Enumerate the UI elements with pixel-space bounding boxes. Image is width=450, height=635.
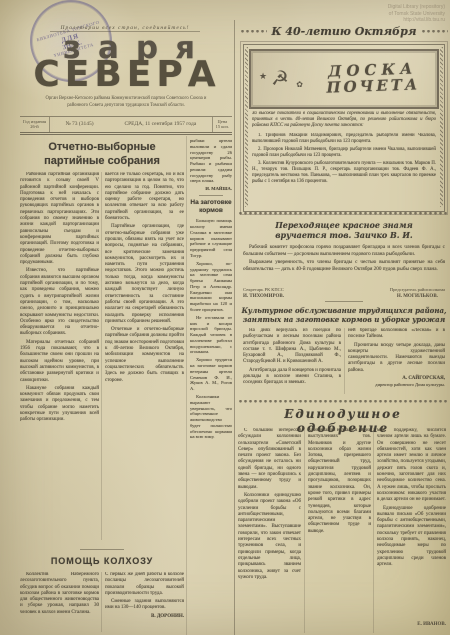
banner-headline-line1: Переходящее красное знамя (240, 220, 448, 230)
section-rule (199, 195, 223, 196)
column-rule (344, 328, 345, 394)
lead-paragraph: вается не только секретарь, но и вся пар… (105, 172, 184, 222)
lead-headline-line1: Отчетно-выборные (20, 141, 184, 155)
fodder-paragraph: Колхозники выражают уверенность, что общ… (190, 394, 232, 440)
watermark: Digital Library (repository) of Tomsk St… (325, 4, 445, 24)
help-article-col1: Коллектив Набережного лесозаготовительно… (20, 572, 99, 632)
issue-date-cell: № 73 (3145) СРЕДА, 11 сентября 1957 года (49, 117, 213, 132)
culture-signature-name: А. САЙГОРСКАЯ, (402, 376, 445, 381)
left-col3: рыбаки артели выловили и сдали государст… (190, 138, 232, 635)
culture-paragraph: ней бригаде колхозников «Лесная» и в пос… (348, 328, 445, 341)
signature-role: Председатель райисполкома (390, 287, 445, 293)
section-rule (80, 549, 124, 550)
dateline: Год издания 26-й № 73 (3145) СРЕДА, 11 с… (20, 116, 232, 135)
section-header-row: К 40-летию Октября (240, 25, 448, 38)
wavy-divider (238, 212, 448, 216)
price-value: 15 коп. (216, 124, 229, 129)
honor-border-right (440, 47, 443, 207)
edition-value: 26-й (23, 124, 46, 129)
column-rule (373, 428, 374, 633)
brief-signature: И. МАЙША. (190, 186, 232, 192)
culture-col1: На днях вернулась из поездки по рыбоучас… (243, 328, 341, 396)
fodder-headline-line2: кормов (190, 207, 232, 215)
approval-col2: Криминалом назвали в своих выступлениях … (308, 428, 371, 633)
help-paragraph: С первых же дней работы в колхозе послан… (105, 572, 184, 597)
lead-paragraph: Материалы отчетных собраний 1956 года по… (20, 340, 99, 384)
price-cell: Цена 15 коп. (213, 117, 232, 132)
banner-article-headline: Переходящее красное знамя вручается тов.… (240, 220, 448, 241)
approval-paragraph: Колхозники единодушно одобрили проект за… (238, 493, 301, 581)
approval-paragraph: С большим интересом обсуждали колхозники… (238, 428, 301, 491)
lead-article-headline: Отчетно-выборные партийные собрания (20, 141, 184, 169)
honor-banner-word2: ПОЧЕТА (309, 77, 437, 97)
honor-board: ☭ ★ ✿ ДОСКА ПОЧЕТА За высокие показатели… (243, 44, 445, 212)
fodder-paragraph: Большую помощь колхозу имени Сталина в з… (190, 218, 232, 258)
ornament-right (421, 30, 448, 34)
help-signature: В. ДОРОНИН. (105, 614, 184, 620)
column-rule (101, 172, 102, 540)
honor-banner: ☭ ★ ✿ ДОСКА ПОЧЕТА (249, 49, 439, 109)
signature-name: Н. МОГИЛЬКОВ. (397, 294, 438, 299)
edition-cell: Год издания 26-й (20, 117, 49, 132)
honor-banner-title: ДОСКА ПОЧЕТА (308, 61, 437, 97)
approval-paragraph: Единодушное одобрение вызвало письмо «Об… (377, 506, 446, 569)
approval-col1: С большим интересом обсуждали колхозники… (238, 428, 301, 633)
issue-number: № 73 (3145) (65, 121, 93, 127)
column-rule (304, 428, 305, 633)
lead-paragraph: Накануне собрания каждый коммунист обяза… (20, 386, 99, 424)
lead-paragraph: Партийные организации, где отчетно-выбор… (105, 224, 184, 325)
page-title-word2: СЕВЕРА (20, 57, 234, 93)
help-paragraph: Коллектив Набережного лесозаготовительно… (20, 572, 99, 616)
signature-block: Секретарь РК КПСС И. ТИХОМИРОВ. (243, 287, 284, 300)
culture-headline-line1: Культурное обслуживание трудящихся район… (240, 306, 448, 315)
banner-article-body: Рабочий комитет профсоюза горячо поздрав… (243, 244, 445, 286)
honor-item: 1. Трифонов Макарий Владимирович, предсе… (252, 133, 436, 145)
lead-article-col1: Районная партийная организация готовится… (20, 172, 99, 544)
banner-decor: ☭ ★ ✿ (251, 69, 309, 90)
fodder-paragraph: Хорошо трудятся на заготовке кормов вете… (190, 357, 232, 392)
watermark-line: http://vital.lib.tsu.ru (325, 17, 445, 24)
culture-headline-line2: занятых на заготовке кормов и уборке уро… (240, 315, 448, 324)
ornament-left (240, 30, 267, 34)
main-column-divider (234, 20, 235, 635)
laurel-icon: ✿ (296, 80, 303, 89)
banner-headline-line2: вручается тов. Заичко В. И. (240, 230, 448, 240)
culture-article-headline: Культурное обслуживание трудящихся район… (240, 306, 448, 325)
honor-border-left (245, 47, 248, 207)
culture-signature-role: директор районного Дома культуры. (375, 382, 445, 387)
lead-paragraph: Известно, что партийные собрания являютс… (20, 268, 99, 337)
honor-item: 2. Прозоров Николай Матвеевич, бригадир … (252, 147, 436, 159)
honor-items: 1. Трифонов Макарий Владимирович, предсе… (252, 133, 436, 187)
masthead-subtitle: Орган Верхне-Кетского райкома Коммунисти… (35, 96, 217, 109)
help-article-col2: С первых же дней работы в колхозе послан… (105, 572, 184, 632)
banner-paragraph: Рабочий комитет профсоюза горячо поздрав… (243, 244, 445, 257)
culture-col2: ней бригаде колхозников «Лесная» и в пос… (348, 328, 445, 396)
honor-item: 3. Коллектив Кузуровского рыбозаготовите… (252, 161, 436, 185)
approval-paragraph: мея поддержку, числится членом артели ли… (377, 428, 446, 504)
honor-intro-text: За высокие показатели в социалистическом… (252, 111, 436, 129)
approval-paragraph: Криминалом назвали в своих выступлениях … (308, 428, 371, 535)
fodder-headline-line1: На заготовке (190, 199, 232, 207)
signature-name: И. ТИХОМИРОВ. (243, 294, 284, 299)
culture-paragraph: На днях вернулась из поездки по рыбоучас… (243, 328, 341, 366)
section-header: К 40-летию Октября (271, 25, 416, 38)
fodder-paragraph: Не отставали от них и косари взрослой бр… (190, 315, 232, 355)
culture-paragraph: Агитбригада дала 8 концертов и прочитала… (243, 368, 341, 387)
approval-col3: мея поддержку, числится членом артели ли… (377, 428, 446, 618)
fodder-headline: На заготовке кормов (190, 199, 232, 215)
section-rule (325, 301, 363, 302)
signature-role: Секретарь РК КПСС (243, 287, 284, 293)
lead-paragraph: Отчетные и отчетно-выборные партийные со… (105, 327, 184, 384)
help-paragraph: Сменные задания выполняются ими на 130—1… (105, 599, 184, 612)
lead-headline-line2: партийные собрания (20, 155, 184, 169)
lead-article-col2: вается не только секретарь, но и вся пар… (105, 172, 184, 544)
brief-item: рыбаки артели выловили и сдали государст… (190, 138, 232, 192)
column-rule (101, 572, 102, 632)
issue-date: СРЕДА, 11 сентября 1957 года (124, 121, 196, 127)
newspaper-page: БИБЛИОТЕКА ТОМСКОГО ДЛЯ ЗНАК. УНИВЕРСИТЕ… (0, 0, 450, 635)
fodder-article-body: Большую помощь колхозу имени Сталина в з… (190, 218, 232, 442)
hammer-sickle-icon: ☭ (271, 68, 289, 90)
banner-signatures: Секретарь РК КПСС И. ТИХОМИРОВ. Председа… (243, 287, 445, 300)
star-icon: ★ (259, 71, 267, 82)
approval-signature: Е. ИВАНОВ. (377, 622, 446, 627)
culture-signature: А. САЙГОРСКАЯ, директор районного Дома к… (348, 376, 445, 390)
brief-text: рыбаки артели выловили и сдали государст… (190, 138, 232, 184)
banner-paragraph: Выражаем уверенность, что члены бригады … (243, 259, 445, 272)
column-rule (186, 136, 187, 635)
honor-intro: За высокие показатели в социалистическом… (252, 111, 436, 131)
lead-paragraph: Районная партийная организация готовится… (20, 172, 99, 266)
wavy-divider (238, 400, 448, 404)
culture-paragraph: Прочитаны всюду четыре доклада, даны кон… (348, 343, 445, 374)
help-article-headline: ПОМОЩЬ КОЛХОЗУ (20, 556, 184, 566)
signature-block: Председатель райисполкома Н. МОГИЛЬКОВ. (390, 287, 445, 300)
fodder-paragraph: Хорошо, по-ударному трудились на заготов… (190, 261, 232, 313)
